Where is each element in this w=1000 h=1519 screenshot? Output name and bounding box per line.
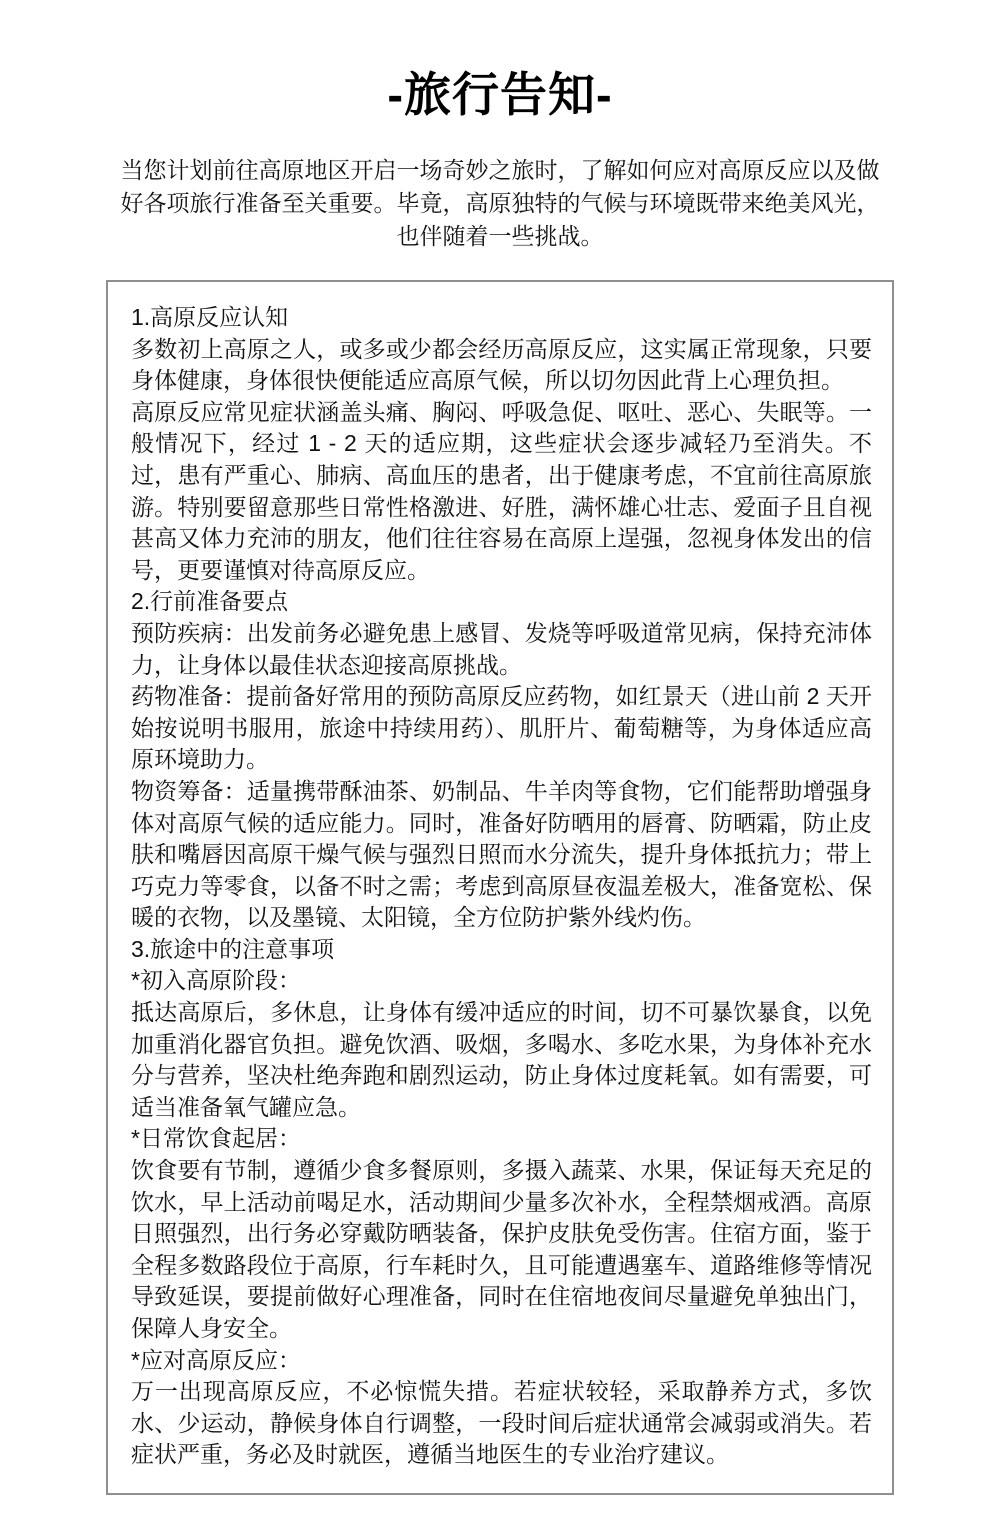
section-3-sub-3-heading: *应对高原反应： <box>131 1345 872 1377</box>
section-2-heading: 2.行前准备要点 <box>131 586 872 618</box>
section-3-sub-2-heading: *日常饮食起居： <box>131 1123 872 1155</box>
notice-box: 1.高原反应认知 多数初上高原之人，或多或少都会经历高原反应，这实属正常现象，只… <box>106 280 894 1495</box>
section-3-sub-1-heading: *初入高原阶段： <box>131 965 872 997</box>
page-title: -旅行告知- <box>0 0 1000 124</box>
section-3-sub-2-paragraph: 饮食要有节制，遵循少食多餐原则，多摄入蔬菜、水果，保证每天充足的饮水，早上活动前… <box>131 1155 872 1345</box>
travel-notice-page: -旅行告知- 当您计划前往高原地区开启一场奇妙之旅时，了解如何应对高原反应以及做… <box>0 0 1000 1519</box>
section-3-sub-1-paragraph: 抵达高原后，多休息，让身体有缓冲适应的时间，切不可暴饮暴食，以免加重消化器官负担… <box>131 997 872 1123</box>
section-2-item-disease: 预防疾病：出发前务必避免患上感冒、发烧等呼吸道常见病，保持充沛体力，让身体以最佳… <box>131 618 872 681</box>
section-2-item-supplies: 物资筹备：适量携带酥油茶、奶制品、牛羊肉等食物，它们能帮助增强身体对高原气候的适… <box>131 776 872 934</box>
section-3-heading: 3.旅途中的注意事项 <box>131 934 872 966</box>
section-1-paragraph-1: 多数初上高原之人，或多或少都会经历高原反应，这实属正常现象，只要身体健康，身体很… <box>131 334 872 397</box>
section-2-item-medicine: 药物准备：提前备好常用的预防高原反应药物，如红景天（进山前 2 天开始按说明书服… <box>131 681 872 776</box>
intro-paragraph: 当您计划前往高原地区开启一场奇妙之旅时，了解如何应对高原反应以及做好各项旅行准备… <box>110 154 890 253</box>
section-1-heading: 1.高原反应认知 <box>131 302 872 334</box>
section-3-sub-3-paragraph: 万一出现高原反应，不必惊慌失措。若症状较轻，采取静养方式，多饮水、少运动，静候身… <box>131 1376 872 1471</box>
section-1-paragraph-2: 高原反应常见症状涵盖头痛、胸闷、呼吸急促、呕吐、恶心、失眠等。一般情况下，经过 … <box>131 397 872 587</box>
